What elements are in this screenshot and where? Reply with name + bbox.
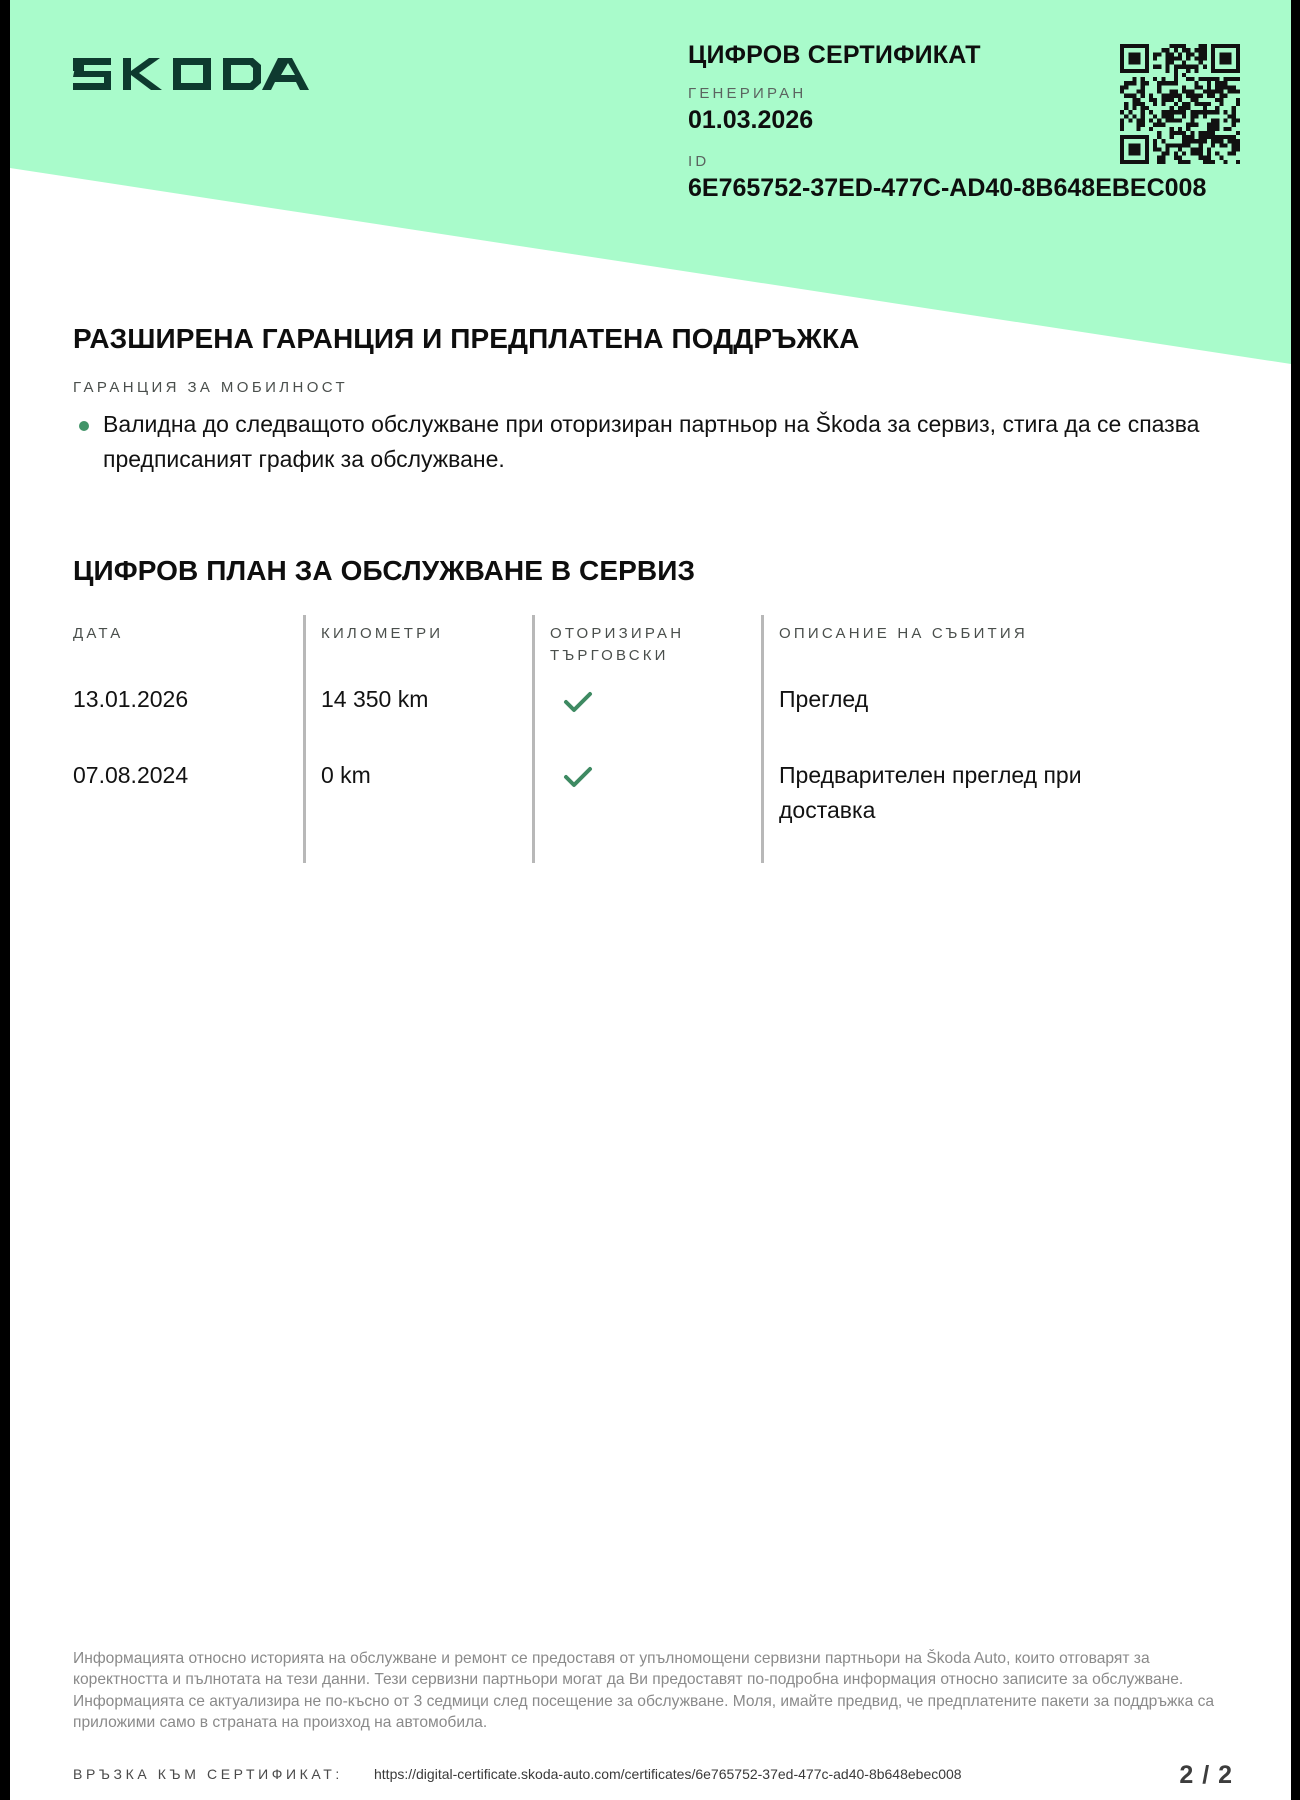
- row-1-description: Преглед: [779, 682, 1179, 717]
- column-authorized: ОТОРИЗИРАН ТЪРГОВСКИ: [532, 615, 761, 863]
- column-header-authorized: ОТОРИЗИРАН ТЪРГОВСКИ: [550, 623, 740, 667]
- row-2-km: 0 km: [321, 758, 371, 793]
- column-description: ОПИСАНИЕ НА СЪБИТИЯ Преглед Предварителе…: [761, 615, 1234, 863]
- row-2-authorized-check-icon: [563, 765, 593, 789]
- page-indicator: 2 / 2: [1179, 1761, 1233, 1790]
- row-1-authorized-check-icon: [563, 690, 593, 714]
- mobility-warranty-label: ГАРАНЦИЯ ЗА МОБИЛНОСТ: [73, 379, 1223, 397]
- warranty-section: РАЗШИРЕНА ГАРАНЦИЯ И ПРЕДПЛАТЕНА ПОДДРЪЖ…: [73, 322, 1223, 477]
- column-date: ДАТА 13.01.2026 07.08.2024: [73, 615, 303, 863]
- row-2-description: Предварителен преглед при доставка: [779, 758, 1139, 828]
- bullet-icon: [79, 421, 89, 431]
- certificate-link[interactable]: https://digital-certificate.skoda-auto.c…: [374, 1766, 962, 1782]
- certificate-link-label: ВРЪЗКА КЪМ СЕРТИФИКАТ:: [73, 1766, 343, 1782]
- column-km: КИЛОМЕТРИ 14 350 km 0 km: [303, 615, 532, 863]
- skoda-logo: [73, 52, 309, 96]
- row-1-km: 14 350 km: [321, 682, 428, 717]
- qr-code-icon: [1120, 44, 1240, 164]
- certificate-id: 6E765752-37ED-477C-AD40-8B648EBEC008: [688, 173, 1206, 203]
- column-header-date: ДАТА: [73, 623, 123, 645]
- certificate-page: ЦИФРОВ СЕРТИФИКАТ ГЕНЕРИРАН 01.03.2026 I…: [10, 0, 1291, 1800]
- column-header-description: ОПИСАНИЕ НА СЪБИТИЯ: [779, 623, 1028, 645]
- row-2-date: 07.08.2024: [73, 758, 188, 793]
- warranty-bullet-text: Валидна до следващото обслужване при ото…: [103, 407, 1223, 477]
- service-plan-title: ЦИФРОВ ПЛАН ЗА ОБСЛУЖВАНЕ В СЕРВИЗ: [73, 554, 695, 588]
- row-1-date: 13.01.2026: [73, 682, 188, 717]
- service-plan-table: ДАТА 13.01.2026 07.08.2024 КИЛОМЕТРИ 14 …: [73, 615, 1233, 865]
- service-plan-section: ЦИФРОВ ПЛАН ЗА ОБСЛУЖВАНЕ В СЕРВИЗ: [73, 554, 695, 588]
- column-header-km: КИЛОМЕТРИ: [321, 623, 443, 645]
- warranty-title: РАЗШИРЕНА ГАРАНЦИЯ И ПРЕДПЛАТЕНА ПОДДРЪЖ…: [73, 322, 1223, 356]
- footer: ВРЪЗКА КЪМ СЕРТИФИКАТ: https://digital-c…: [73, 1761, 1233, 1789]
- warranty-bullet: Валидна до следващото обслужване при ото…: [73, 407, 1223, 477]
- service-history-disclaimer: Информацията относно историята на обслуж…: [73, 1648, 1233, 1734]
